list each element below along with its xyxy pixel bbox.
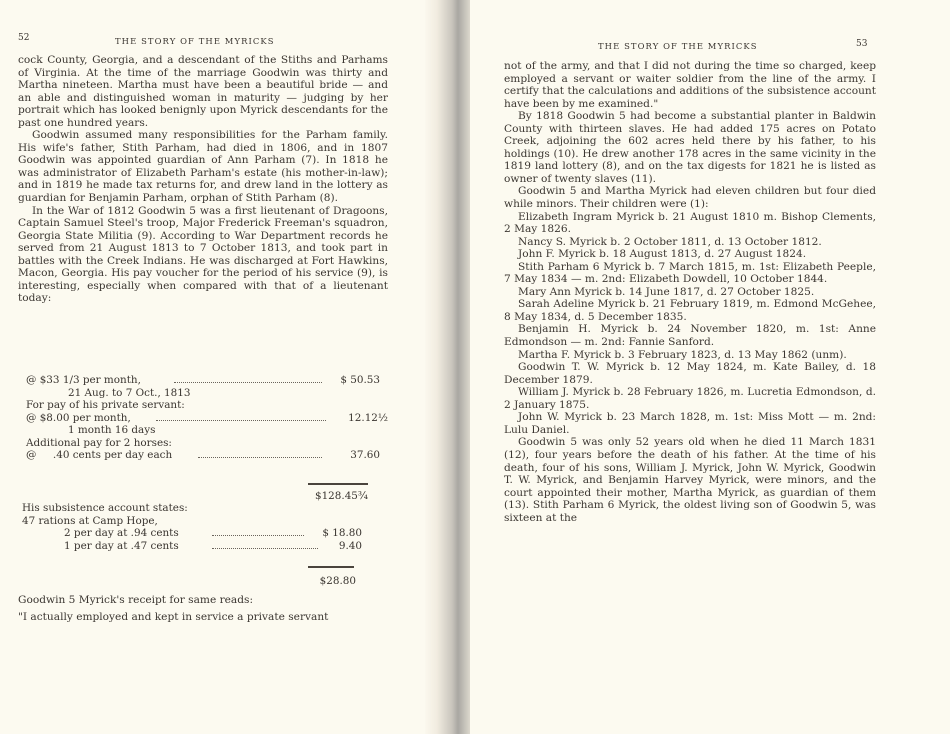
child-entry: Nancy S. Myrick b. 2 October 1811, d. 13… [504,236,876,249]
ledger-text: 1 month 16 days [68,424,155,436]
child-entry: Elizabeth Ingram Myrick b. 21 August 181… [504,211,876,236]
ledger-text: @ $8.00 per month, [26,412,131,424]
right-page: THE STORY OF THE MYRICKS 53 not of the a… [470,0,950,734]
ledger-amount: 9.40 [306,540,362,553]
ledger-amount: $ 18.80 [306,527,362,540]
paragraph: Goodwin 5 Myrick's receipt for same read… [18,594,388,607]
ledger-heading: His subsistence account states: [22,502,382,515]
child-entry: John F. Myrick b. 18 August 1813, d. 27 … [504,248,876,261]
ledger-amount: 37.60 [326,449,380,462]
ledger-row: 2 per day at .94 cents $ 18.80 [22,527,382,540]
child-entry: Mary Ann Myrick b. 14 June 1817, d. 27 O… [504,286,876,299]
child-entry: Stith Parham 6 Myrick b. 7 March 1815, m… [504,261,876,286]
pay-total: $128.45¾ [304,490,368,503]
child-entry: John W. Myrick b. 23 March 1828, m. 1st:… [504,411,876,436]
ledger-text: 1 per day at .47 cents [64,540,179,552]
leader-dots [212,548,318,549]
running-head: THE STORY OF THE MYRICKS [598,41,758,51]
page-number: 52 [18,33,29,43]
paragraph: cock County, Georgia, and a descendant o… [18,54,388,129]
sum-rule [308,566,354,568]
page-number: 53 [856,39,867,49]
paragraph: Goodwin 5 was only 52 years old when he … [504,436,876,524]
subsistence-total: $28.80 [300,575,356,588]
child-entry: Benjamin H. Myrick b. 24 November 1820, … [504,323,876,348]
pay-voucher: @ $33 1/3 per month, $ 50.53 21 Aug. to … [26,374,386,462]
subsistence-account: His subsistence account states: 47 ratio… [22,502,382,552]
child-entry: Martha F. Myrick b. 3 February 1823, d. … [504,349,876,362]
paragraph: not of the army, and that I did not duri… [504,60,876,110]
body-text: cock County, Georgia, and a descendant o… [18,54,388,305]
child-entry: Sarah Adeline Myrick b. 21 February 1819… [504,298,876,323]
paragraph: Goodwin assumed many responsibilities fo… [18,129,388,204]
ledger-text: For pay of his private servant: [26,399,185,411]
ledger-row: 1 month 16 days [26,424,386,437]
ledger-row: @ $33 1/3 per month, $ 50.53 [26,374,386,387]
ledger-text: 21 Aug. to 7 Oct., 1813 [68,387,191,399]
child-entry: Goodwin T. W. Myrick b. 12 May 1824, m. … [504,361,876,386]
ledger-row: 1 per day at .47 cents 9.40 [22,540,382,553]
leader-dots [212,535,304,536]
ledger-text: @ $33 1/3 per month, [26,374,141,386]
leader-dots [156,420,326,421]
ledger-text: @ .40 cents per day each [26,449,172,461]
ledger-subheading: 47 rations at Camp Hope, [22,515,382,528]
book-spread: 52 THE STORY OF THE MYRICKS cock County,… [0,0,950,734]
running-head: THE STORY OF THE MYRICKS [115,36,275,46]
ledger-row: For pay of his private servant: [26,399,386,412]
paragraph: By 1818 Goodwin 5 had become a substanti… [504,110,876,185]
closing-text: Goodwin 5 Myrick's receipt for same read… [18,594,388,623]
ledger-row: @ $8.00 per month, 12.12½ [26,412,386,425]
leader-dots [198,457,322,458]
ledger-row: @ .40 cents per day each 37.60 [26,449,386,462]
sum-rule [308,483,368,485]
child-entry: William J. Myrick b. 28 February 1826, m… [504,386,876,411]
ledger-amount: $ 50.53 [326,374,380,387]
ledger-row: 21 Aug. to 7 Oct., 1813 [26,387,386,400]
ledger-row: Additional pay for 2 horses: [26,437,386,450]
body-text: not of the army, and that I did not duri… [504,60,876,524]
paragraph: "I actually employed and kept in service… [18,611,388,624]
left-page: 52 THE STORY OF THE MYRICKS cock County,… [0,0,440,734]
ledger-text: Additional pay for 2 horses: [26,437,172,449]
paragraph: In the War of 1812 Goodwin 5 was a first… [18,205,388,305]
leader-dots [174,382,322,383]
children-list: Elizabeth Ingram Myrick b. 21 August 181… [504,211,876,437]
ledger-text: 2 per day at .94 cents [64,527,179,539]
paragraph: Goodwin 5 and Martha Myrick had eleven c… [504,185,876,210]
ledger-amount: 12.12½ [326,412,388,425]
